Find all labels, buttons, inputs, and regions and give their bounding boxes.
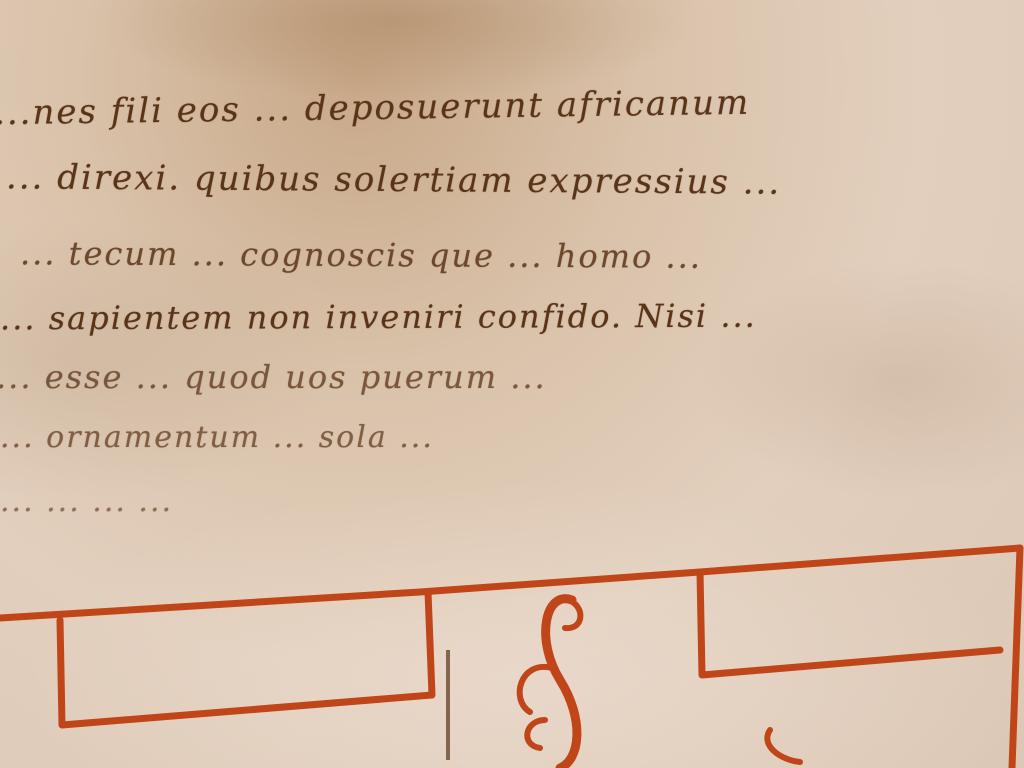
marginal-note-vertical: [446, 650, 450, 760]
right-frame-box: [700, 572, 1000, 675]
small-ornament: [767, 730, 800, 762]
red-rubric-frames: [0, 0, 1024, 768]
top-rule-line: [0, 548, 1020, 618]
right-edge-line: [1012, 548, 1020, 768]
s-scroll-ornament: [546, 599, 577, 768]
